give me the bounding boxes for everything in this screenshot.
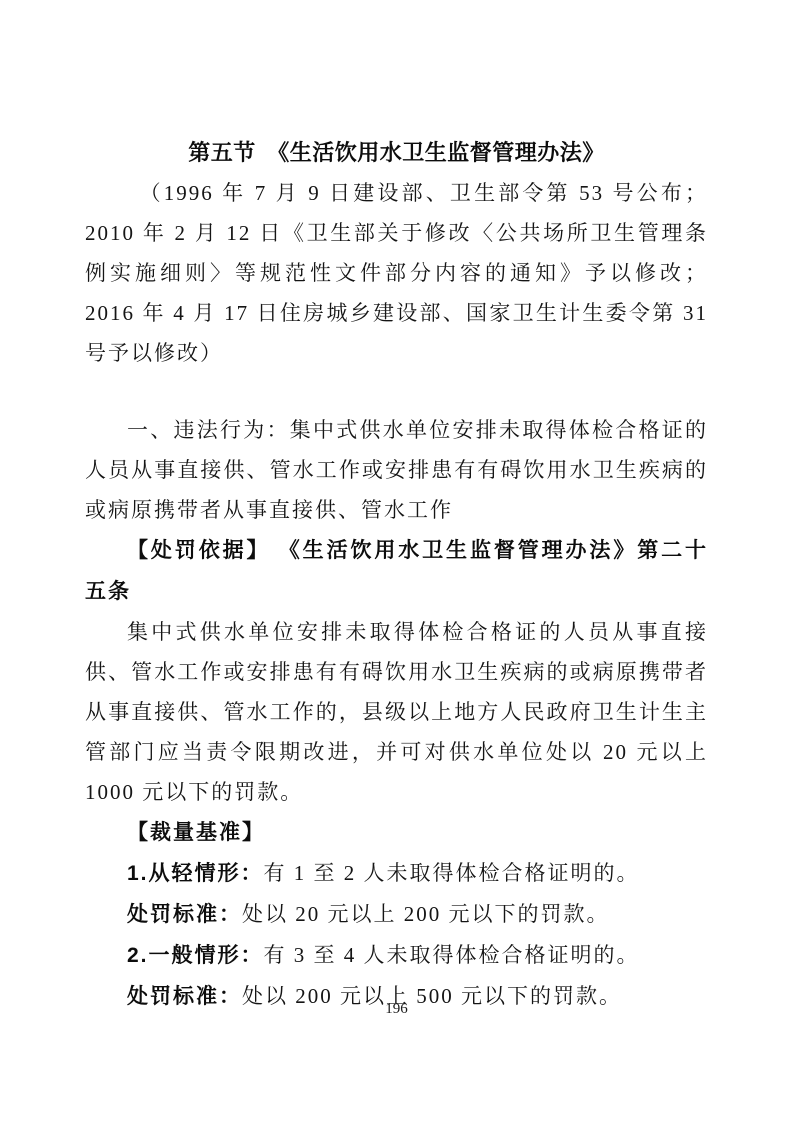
discretion-item-penalty-1: 处罚标准：处以 20 元以上 200 元以下的罚款。	[85, 894, 708, 935]
basis-body-paragraph: 集中式供水单位安排未取得体检合格证的人员从事直接供、管水工作或安排患有有碍饮用水…	[85, 612, 708, 812]
document-content: 第五节 《生活饮用水卫生监督管理办法》 （1996 年 7 月 9 日建设部、卫…	[0, 0, 793, 1017]
discretion-heading: 【裁量基准】	[85, 812, 708, 853]
discretion-item-label: 处罚标准：	[127, 903, 242, 926]
penalty-basis-paragraph: 【处罚依据】《生活饮用水卫生监督管理办法》第二十五条	[85, 530, 708, 612]
discretion-item-text: 处以 20 元以上 200 元以下的罚款。	[242, 902, 610, 926]
discretion-item-text: 有 1 至 2 人未取得体检合格证明的。	[264, 861, 640, 885]
discretion-item-general: 2.一般情形：有 3 至 4 人未取得体检合格证明的。	[85, 935, 708, 976]
discretion-item-mitigating: 1.从轻情形：有 1 至 2 人未取得体检合格证明的。	[85, 853, 708, 894]
violation-paragraph: 一、违法行为：集中式供水单位安排未取得体检合格证的人员从事直接供、管水工作或安排…	[85, 410, 708, 530]
discretion-item-label: 2.一般情形：	[127, 944, 264, 967]
document-page: 第五节 《生活饮用水卫生监督管理办法》 （1996 年 7 月 9 日建设部、卫…	[0, 0, 793, 1122]
discretion-item-label: 1.从轻情形：	[127, 862, 264, 885]
preamble-paragraph: （1996 年 7 月 9 日建设部、卫生部令第 53 号公布；2010 年 2…	[85, 173, 708, 373]
penalty-basis-label: 【处罚依据】	[127, 539, 270, 562]
discretion-item-text: 有 3 至 4 人未取得体检合格证明的。	[264, 943, 640, 967]
page-number: 196	[0, 998, 793, 1020]
discretion-heading-label: 【裁量基准】	[127, 821, 265, 844]
page-title: 第五节 《生活饮用水卫生监督管理办法》	[85, 133, 708, 173]
violation-label: 一、违法行为：	[127, 418, 290, 442]
